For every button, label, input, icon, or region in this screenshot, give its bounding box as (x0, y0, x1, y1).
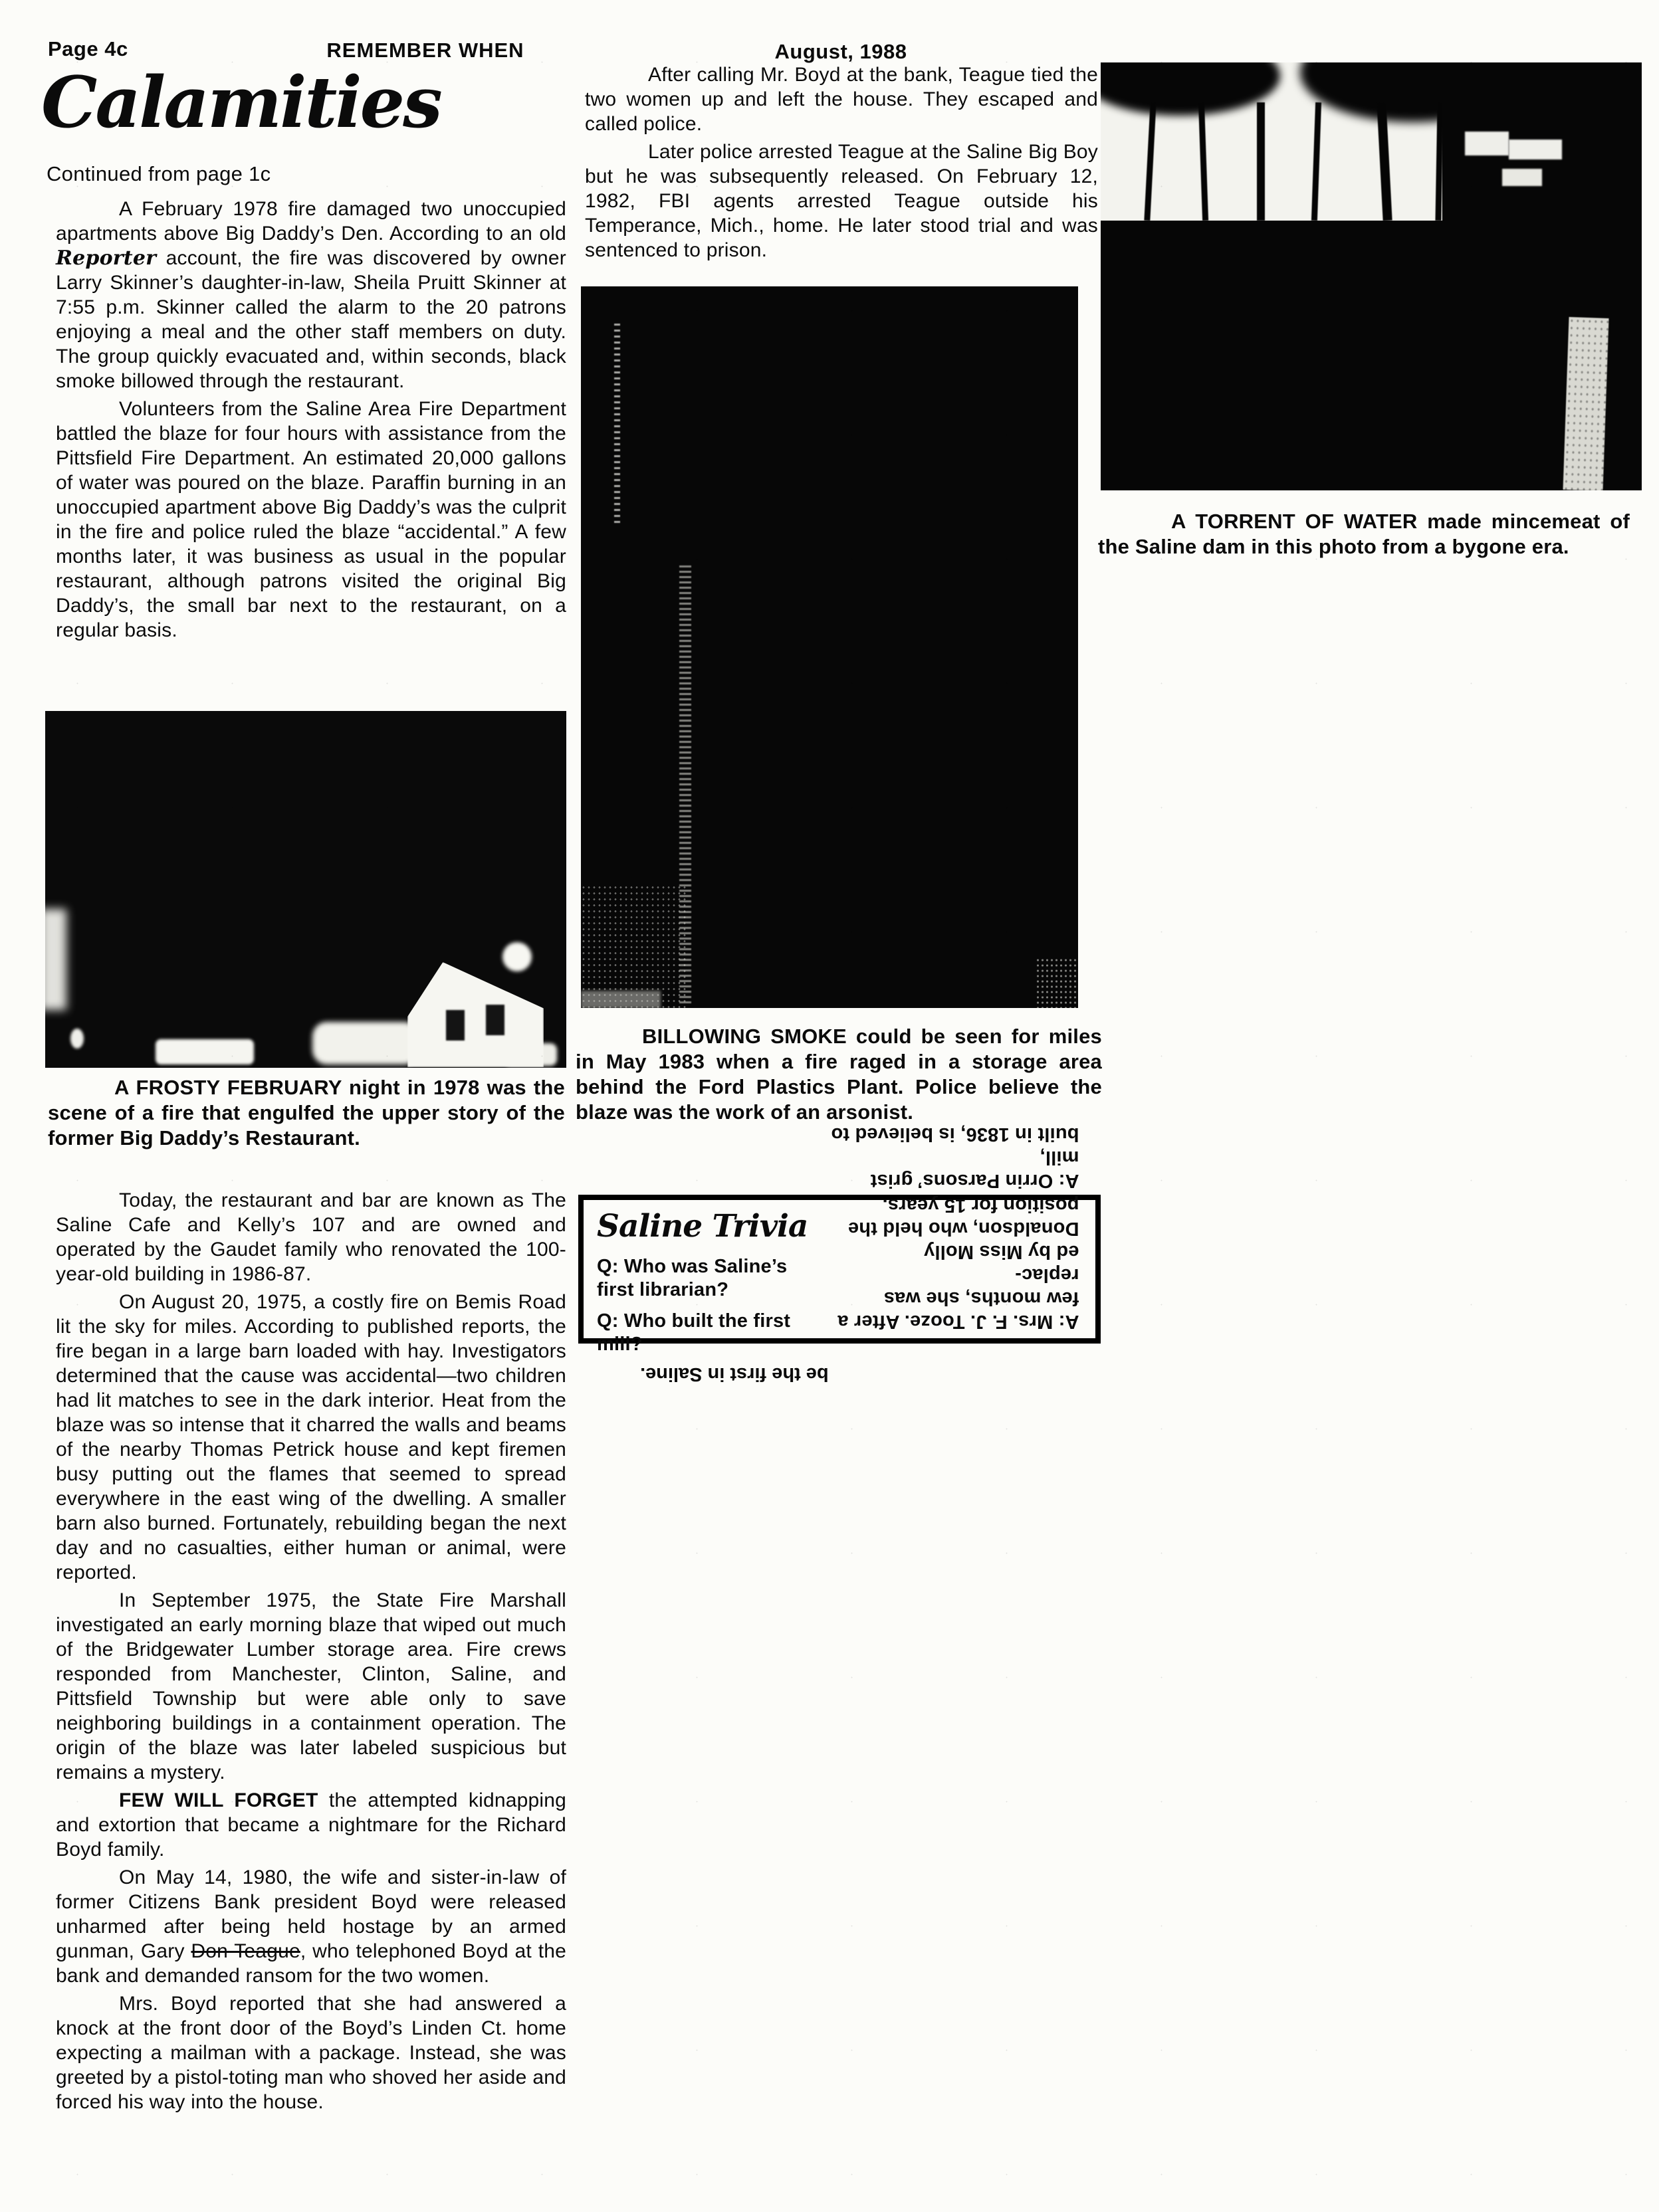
issue-date: August, 1988 (578, 40, 1103, 64)
article-paragraph: Later police arrested Teague at the Sali… (585, 140, 1098, 262)
photo-3-caption: A TORRENT OF WATER made mincemeat of the… (1098, 509, 1630, 559)
article-paragraph: On May 14, 1980, the wife and sister-in-… (56, 1865, 566, 1988)
paragraph-lead: FEW WILL FORGET (119, 1789, 318, 1811)
article-paragraph: On August 20, 1975, a costly fire on Bem… (56, 1290, 566, 1585)
trivia-question-2: Q: Who built the first mill? (597, 1310, 828, 1356)
photo-night-fire (45, 711, 566, 1068)
caption-text: A FROSTY FEBRUARY night in 1978 was the … (48, 1075, 565, 1151)
snowbank-shape (156, 1039, 254, 1064)
section-title: REMEMBER WHEN (286, 39, 565, 62)
article-paragraph: FEW WILL FORGET the attempted kidnapping… (56, 1788, 566, 1862)
dam-pillar-shape (1563, 317, 1608, 490)
photo-saline-dam (1101, 62, 1642, 490)
photo-2-caption: BILLOWING SMOKE could be seen for miles … (576, 1024, 1102, 1125)
trivia-answer-continuation-flipped: be the first in Saline. (636, 1363, 829, 1385)
streetlight-shape (502, 942, 532, 971)
article-paragraph: Volunteers from the Saline Area Fire Dep… (56, 397, 566, 643)
caption-text: A TORRENT OF WATER made mincemeat of the… (1098, 509, 1630, 559)
caption-text: BILLOWING SMOKE could be seen for miles … (576, 1024, 1102, 1125)
smoke-speckle-shape (581, 991, 661, 1008)
article-paragraph: After calling Mr. Boyd at the bank, Teag… (585, 62, 1098, 136)
smoke-speckle-shape (581, 884, 687, 1008)
house-glimpse-shape (1465, 132, 1509, 155)
trivia-answer-1: A: Mrs. F. J. Tooze. After a few months,… (828, 1193, 1079, 1333)
trivia-answer-2: A: Orrin Parsons’ grist mill, built in 1… (828, 1122, 1079, 1192)
trivia-questions: Saline Trivia Q: Who was Saline’s first … (597, 1207, 828, 1333)
snow-patch-shape (45, 909, 66, 1010)
trivia-title: Saline Trivia (597, 1208, 828, 1245)
utility-pole-shape (614, 324, 620, 523)
newspaper-page: Page 4c REMEMBER WHEN August, 1988 Calam… (0, 0, 1659, 2212)
column-1-lower: Today, the restaurant and bar are known … (56, 1188, 566, 2118)
article-paragraph: Mrs. Boyd reported that she had answered… (56, 1991, 566, 2114)
page-number: Page 4c (48, 37, 128, 61)
saline-trivia-box: Saline Trivia Q: Who was Saline’s first … (578, 1195, 1101, 1344)
struck-name: Don Teague (191, 1940, 300, 1962)
photo-billowing-smoke (581, 286, 1078, 1008)
house-glimpse-shape (1509, 140, 1562, 159)
paragraph-text: A February 1978 fire damaged two unoccup… (56, 198, 566, 245)
house-glimpse-shape (1502, 169, 1542, 186)
article-headline: Calamities (41, 64, 506, 142)
column-1-upper: A February 1978 fire damaged two unoccup… (56, 197, 566, 646)
reporter-name: Reporter (56, 247, 156, 270)
house-gable-shape (407, 962, 544, 1067)
window-shape (486, 1005, 504, 1035)
trivia-answers-flipped: A: Mrs. F. J. Tooze. After a few months,… (828, 1207, 1085, 1333)
article-paragraph: A February 1978 fire damaged two unoccup… (56, 197, 566, 393)
light-dot-shape (70, 1029, 84, 1049)
article-paragraph: In September 1975, the State Fire Marsha… (56, 1588, 566, 1785)
snowbank-shape (312, 1022, 419, 1064)
article-paragraph: Today, the restaurant and bar are known … (56, 1188, 566, 1286)
tree-trunk-shape (1257, 102, 1265, 221)
smoke-speckle-shape (1036, 957, 1078, 1008)
continued-note: Continued from page 1c (47, 162, 271, 186)
column-2-upper: After calling Mr. Boyd at the bank, Teag… (585, 62, 1098, 266)
trivia-question-1: Q: Who was Saline’s first librarian? (597, 1255, 828, 1302)
window-shape (446, 1010, 465, 1041)
photo-1-caption: A FROSTY FEBRUARY night in 1978 was the … (48, 1075, 565, 1151)
